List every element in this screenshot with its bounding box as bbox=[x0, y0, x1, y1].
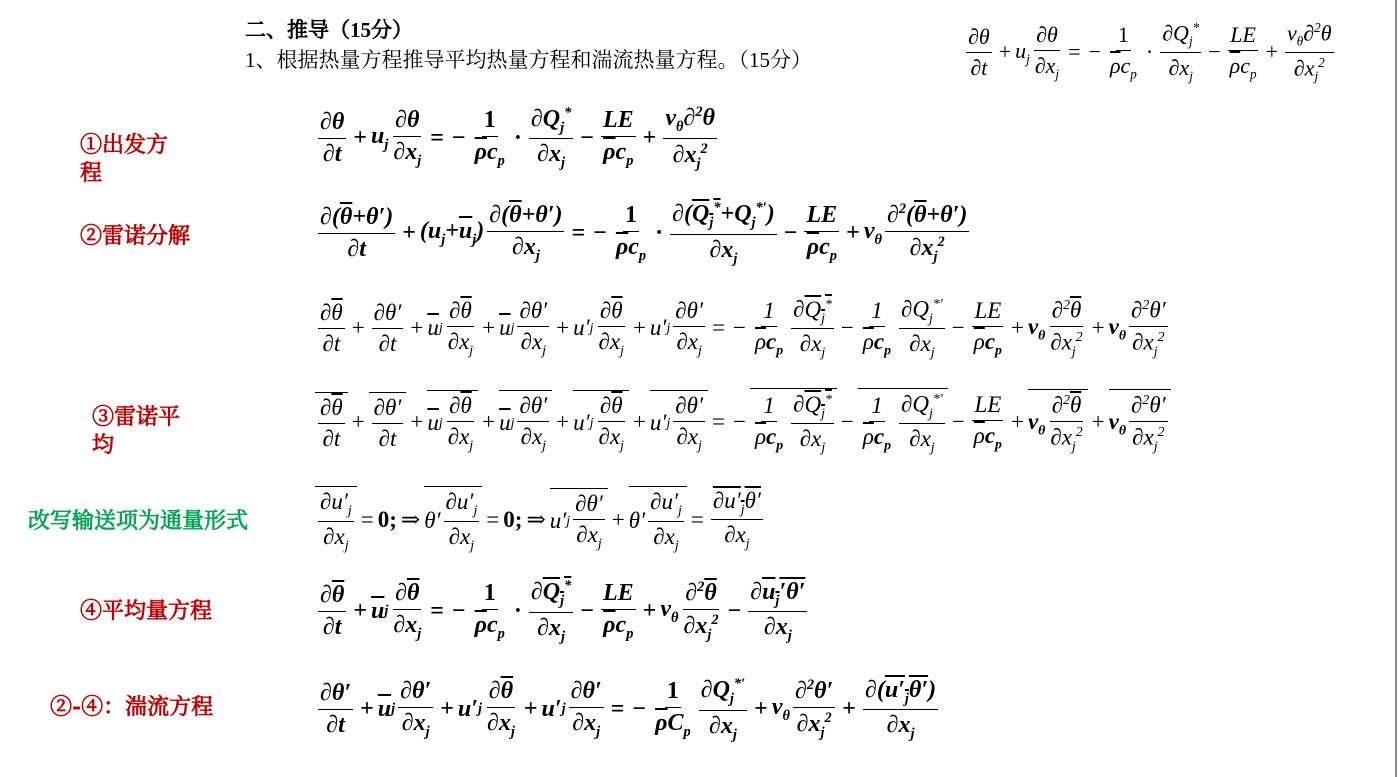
equation-step2: ∂(θ+θ′)∂t +(uj+uj) ∂(θ+θ′)∂xj =− 1ρcp · … bbox=[315, 200, 972, 268]
equation-step1: ∂θ∂t +uj ∂θ∂xj =− 1ρcp · ∂Qj*∂xj − LEρcp… bbox=[315, 104, 720, 173]
section-heading: 二、推导（15分） bbox=[245, 14, 413, 44]
label-turbulence-eq: ②-④：湍流方程 bbox=[50, 693, 213, 721]
right-border-line bbox=[1395, 0, 1397, 777]
equation-step4: ∂θ∂t+ uj ∂θ∂xj =− 1ρcp· ∂Qj*∂xj− LEρcp+ … bbox=[315, 578, 810, 646]
label-step3: ③雷诺平均 bbox=[92, 403, 202, 459]
equation-step3: ∂θ∂t+ ∂θ′∂t+ uj∂θ∂xj+ uj∂θ′∂xj+ u′j∂θ∂xj… bbox=[315, 388, 1171, 456]
label-step4: ④平均量方程 bbox=[80, 597, 212, 625]
equation-rewrite-flux: ∂u′j∂xj =0;⇒ θ′∂u′j∂xj =0;⇒ u′j∂θ′∂xj+ θ… bbox=[315, 486, 766, 553]
label-step2: ②雷诺分解 bbox=[80, 222, 190, 250]
header-equation: ∂θ∂t +uj ∂θ∂xj =− 1ρcp · ∂Qj*∂xj − LEρcp… bbox=[963, 20, 1337, 84]
equation-turbulence: ∂θ′∂t+ uj ∂θ′∂xj+ u′j ∂θ∂xj+ u′j ∂θ′∂xj … bbox=[315, 676, 941, 744]
question-text: 1、根据热量方程推导平均热量方程和湍流热量方程。（15分） bbox=[245, 44, 812, 74]
label-rewrite-flux: 改写输送项为通量形式 bbox=[28, 507, 248, 535]
equation-step2-expanded: ∂θ∂t+ ∂θ′∂t+ uj ∂θ∂xj+ uj ∂θ′∂xj+ u′j ∂θ… bbox=[315, 296, 1171, 361]
label-step1: ①出发方程 bbox=[80, 131, 195, 187]
